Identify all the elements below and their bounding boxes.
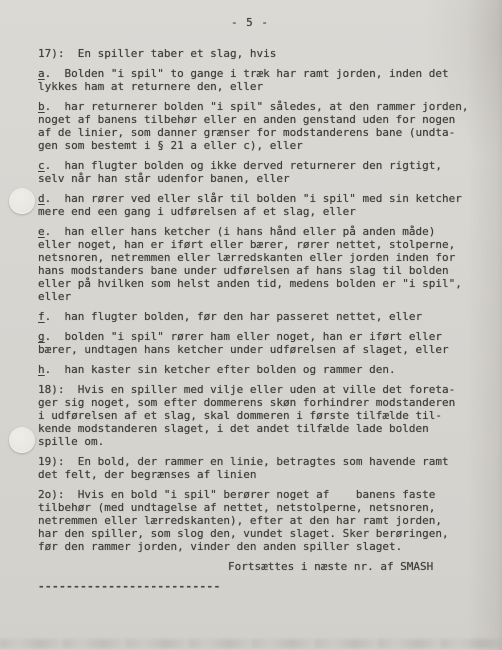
text-line: d. han rører ved eller slår til bolden "… <box>38 192 462 205</box>
typed-divider: -------------------------- <box>38 580 462 593</box>
text-line: e. han eller hans ketcher (i hans hånd e… <box>38 225 462 238</box>
paragraph: 18): Hvis en spiller med vilje eller ude… <box>38 383 462 448</box>
text-line: selv når han står udenfor banen, eller <box>38 172 462 185</box>
paragraph: f. han flugter bolden, før den har passe… <box>38 310 462 323</box>
text-line: c. han flugter bolden og ikke derved ret… <box>38 159 462 172</box>
paragraph: c. han flugter bolden og ikke derved ret… <box>38 159 462 185</box>
text-line: 2o): Hvis en bold "i spil" berører noget… <box>38 488 462 501</box>
document-body: 17): En spiller taber et slag, hvisa. Bo… <box>38 47 462 553</box>
text-line: eller på hvilken som helst anden tid, me… <box>38 277 462 290</box>
text-line: b. har returnerer bolden "i spil" sålede… <box>38 100 462 113</box>
text-line: spille om. <box>38 435 462 448</box>
text-line: 17): En spiller taber et slag, hvis <box>38 47 462 60</box>
item-label: b <box>38 100 45 113</box>
text-line: gen som bestemt i § 21 a eller c), eller <box>38 139 462 152</box>
item-label: h <box>38 363 45 376</box>
text-line: bærer, undtagen hans ketcher under udfør… <box>38 343 462 356</box>
text-line: tilbehør (med undtagelse af nettet, nets… <box>38 501 462 514</box>
item-label: c <box>38 159 45 172</box>
text-line: eller noget, han er iført eller bærer, r… <box>38 238 462 251</box>
text-line: lykkes ham at returnere den, eller <box>38 80 462 93</box>
text-line: af de linier, som danner grænser for mod… <box>38 126 462 139</box>
text-line: f. han flugter bolden, før den har passe… <box>38 310 462 323</box>
text-line: kende modstanderen slaget, i det andet t… <box>38 422 462 435</box>
item-label: a <box>38 67 45 80</box>
text-line: noget af banens tilbehør eller en anden … <box>38 113 462 126</box>
item-label: f <box>38 310 45 323</box>
paragraph: d. han rører ved eller slår til bolden "… <box>38 192 462 218</box>
paragraph: 19): En bold, der rammer en linie, betra… <box>38 455 462 481</box>
document-content: - 5 - 17): En spiller taber et slag, hvi… <box>0 0 502 593</box>
text-line: det felt, der begrænses af linien <box>38 468 462 481</box>
item-label: d <box>38 192 45 205</box>
text-line: 18): Hvis en spiller med vilje eller ude… <box>38 383 462 396</box>
scan-bottom-smudge <box>0 639 502 648</box>
paragraph: 17): En spiller taber et slag, hvis <box>38 47 462 60</box>
text-line: hans modstanders bane under udførelsen a… <box>38 264 462 277</box>
paragraph: b. har returnerer bolden "i spil" sålede… <box>38 100 462 152</box>
text-line: har den spiller, som slog den, vundet sl… <box>38 527 462 540</box>
text-line: netremmen eller lærredskanten), efter at… <box>38 514 462 527</box>
continuation-note: Fortsættes i næste nr. af SMASH <box>228 560 462 573</box>
paragraph: a. Bolden "i spil" to gange i træk har r… <box>38 67 462 93</box>
text-line: g. bolden "i spil" rører ham eller noget… <box>38 330 462 343</box>
scanned-page: - 5 - 17): En spiller taber et slag, hvi… <box>0 0 502 650</box>
paragraph: g. bolden "i spil" rører ham eller noget… <box>38 330 462 356</box>
item-label: g <box>38 330 45 343</box>
text-line: mere end een gang i udførelsen af et sla… <box>38 205 462 218</box>
text-line: eller <box>38 290 462 303</box>
paragraph: e. han eller hans ketcher (i hans hånd e… <box>38 225 462 303</box>
text-line: h. han kaster sin ketcher efter bolden o… <box>38 363 462 376</box>
text-line: a. Bolden "i spil" to gange i træk har r… <box>38 67 462 80</box>
paragraph: 2o): Hvis en bold "i spil" berører noget… <box>38 488 462 553</box>
text-line: før den rammer jorden, vinder den anden … <box>38 540 462 553</box>
text-line: i udførelsen af et slag, skal dommeren i… <box>38 409 462 422</box>
text-line: netsnoren, netremmen eller lærredskanten… <box>38 251 462 264</box>
text-line: ger sig noget, som efter dommerens skøn … <box>38 396 462 409</box>
paragraph: h. han kaster sin ketcher efter bolden o… <box>38 363 462 376</box>
page-number: - 5 - <box>38 16 462 29</box>
text-line: 19): En bold, der rammer en linie, betra… <box>38 455 462 468</box>
item-label: e <box>38 225 45 238</box>
